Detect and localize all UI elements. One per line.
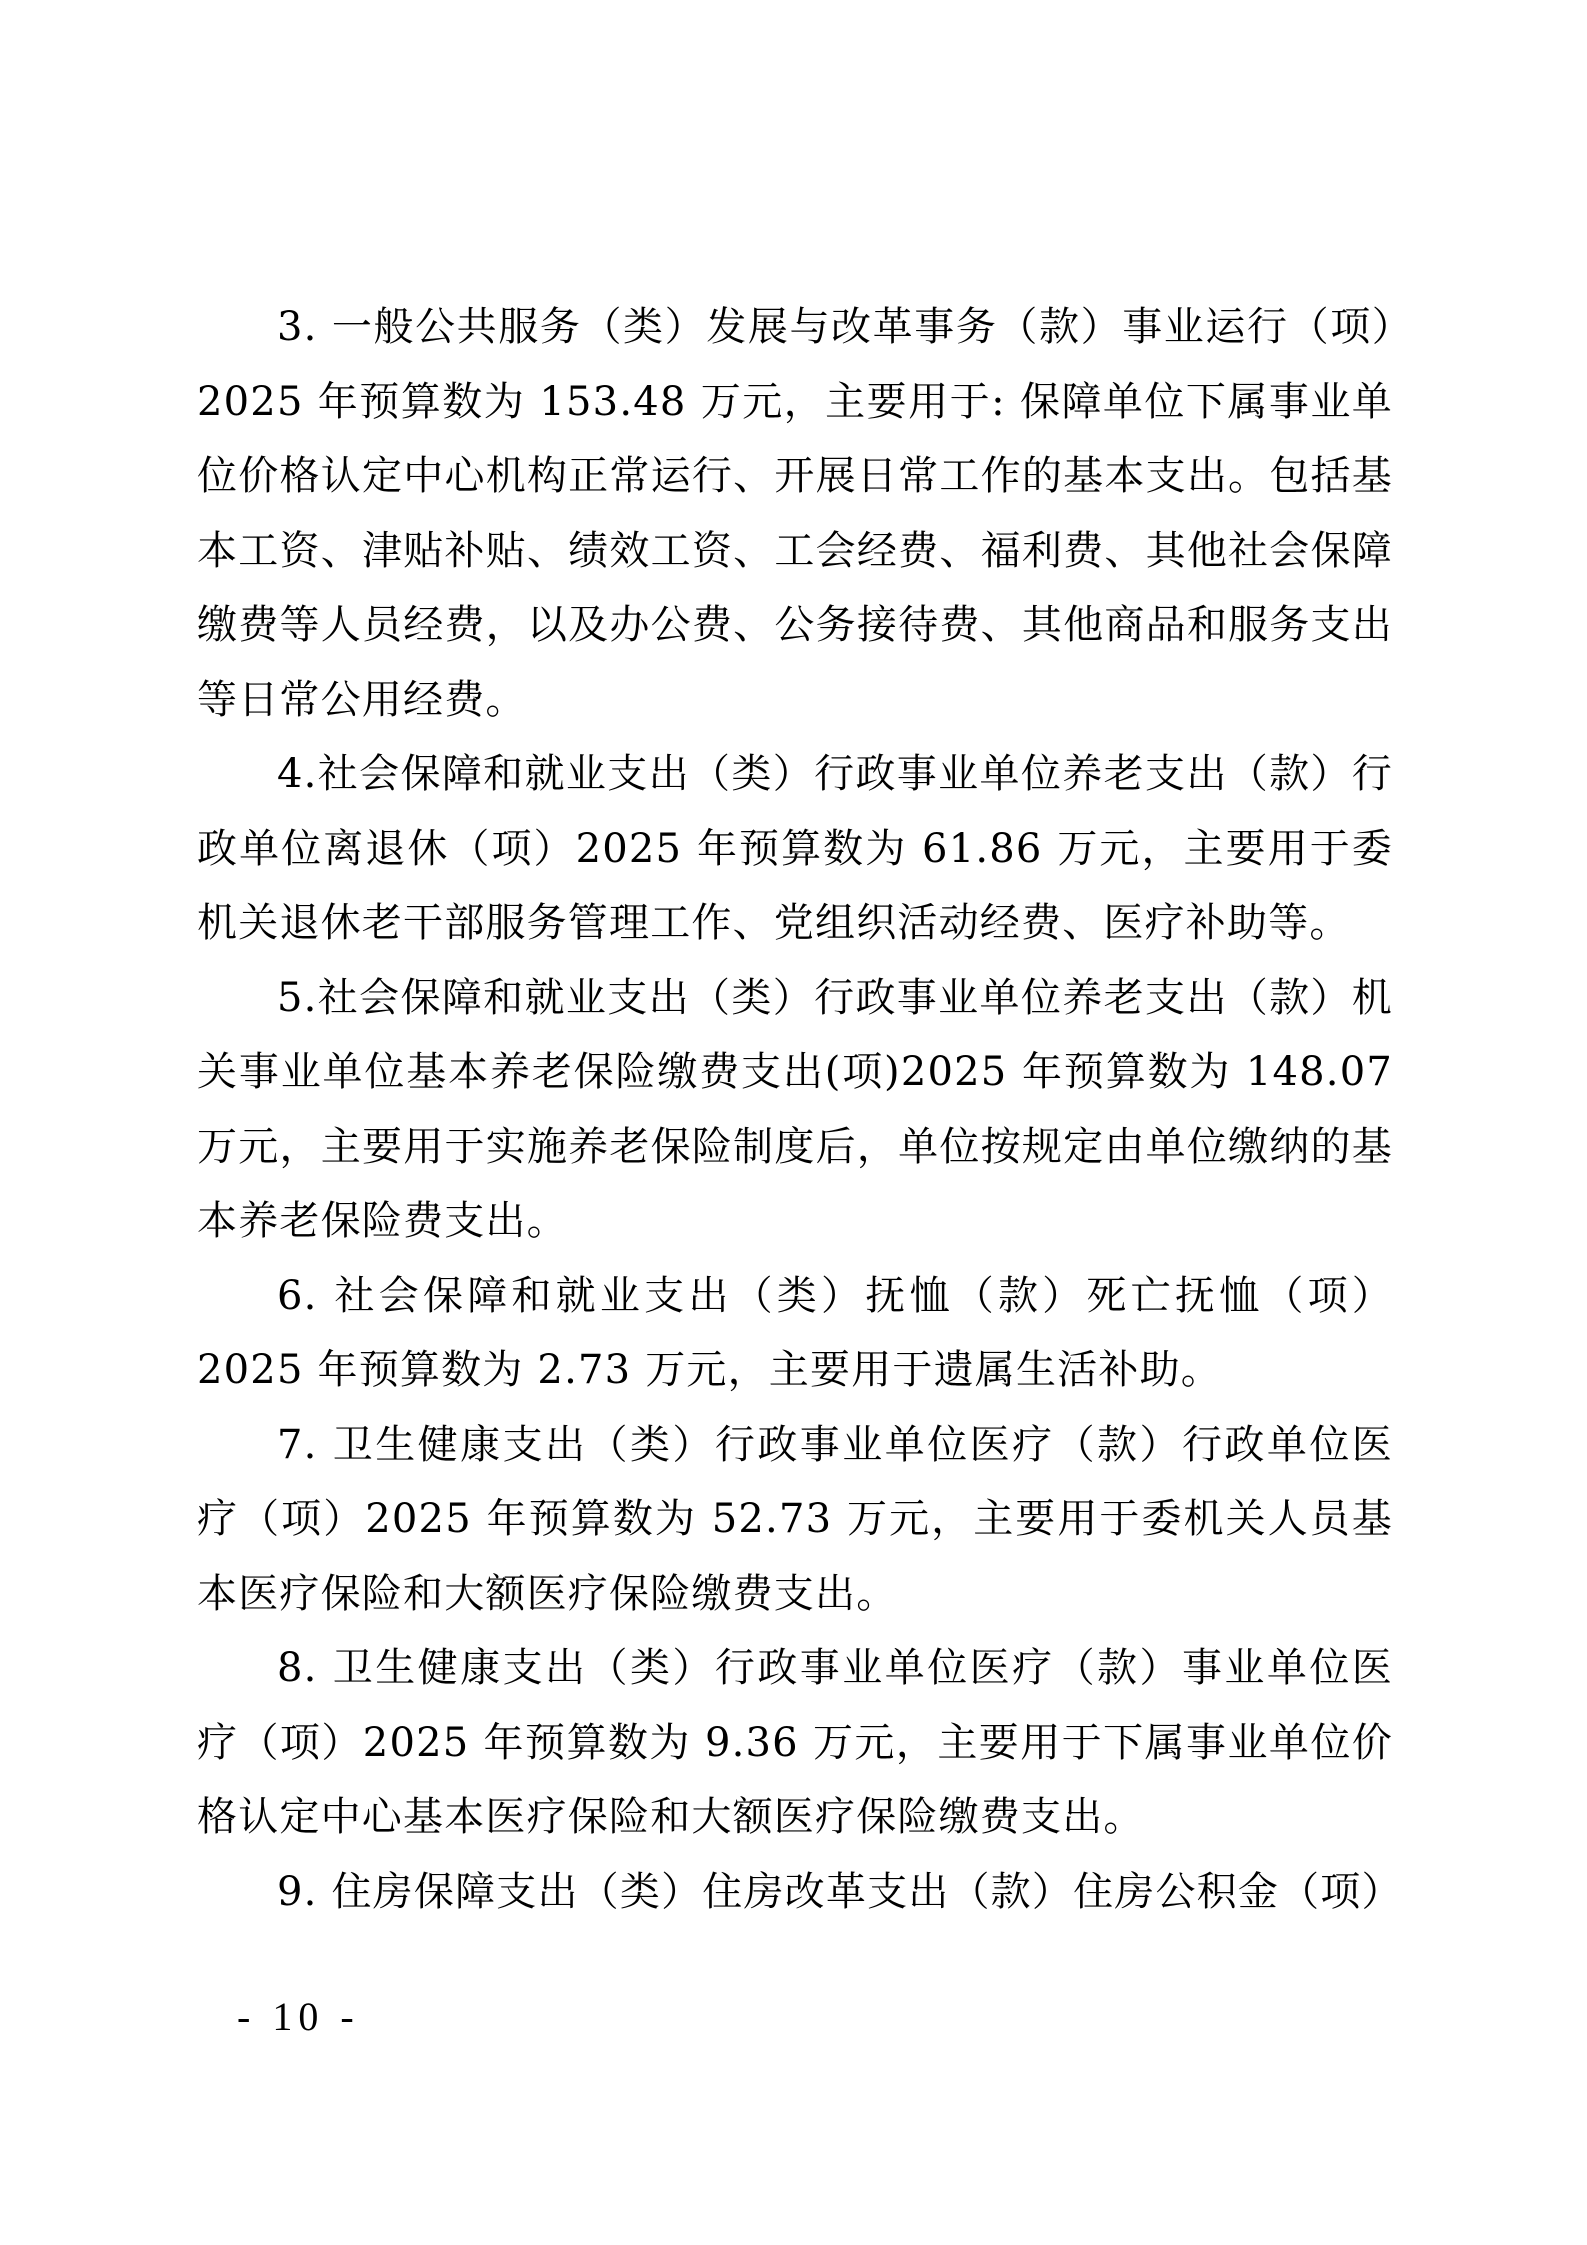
paragraph-item-3: 3. 一般公共服务（类）发展与改革事务（款）事业运行（项）2025 年预算数为 …: [197, 290, 1393, 737]
paragraph-item-6: 6. 社会保障和就业支出（类）抚恤（款）死亡抚恤（项）2025 年预算数为 2.…: [197, 1259, 1393, 1408]
paragraph-item-4: 4.社会保障和就业支出（类）行政事业单位养老支出（款）行政单位离退休（项）202…: [197, 737, 1393, 961]
document-body: 3. 一般公共服务（类）发展与改革事务（款）事业运行（项）2025 年预算数为 …: [197, 290, 1393, 1929]
paragraph-item-5: 5.社会保障和就业支出（类）行政事业单位养老支出（款）机关事业单位基本养老保险缴…: [197, 961, 1393, 1259]
paragraph-item-9: 9. 住房保障支出（类）住房改革支出（款）住房公积金（项）: [197, 1855, 1393, 1930]
paragraph-item-8: 8. 卫生健康支出（类）行政事业单位医疗（款）事业单位医疗（项）2025 年预算…: [197, 1631, 1393, 1855]
page-number: - 10 -: [237, 1993, 360, 2040]
paragraph-item-7: 7. 卫生健康支出（类）行政事业单位医疗（款）行政单位医疗（项）2025 年预算…: [197, 1408, 1393, 1632]
